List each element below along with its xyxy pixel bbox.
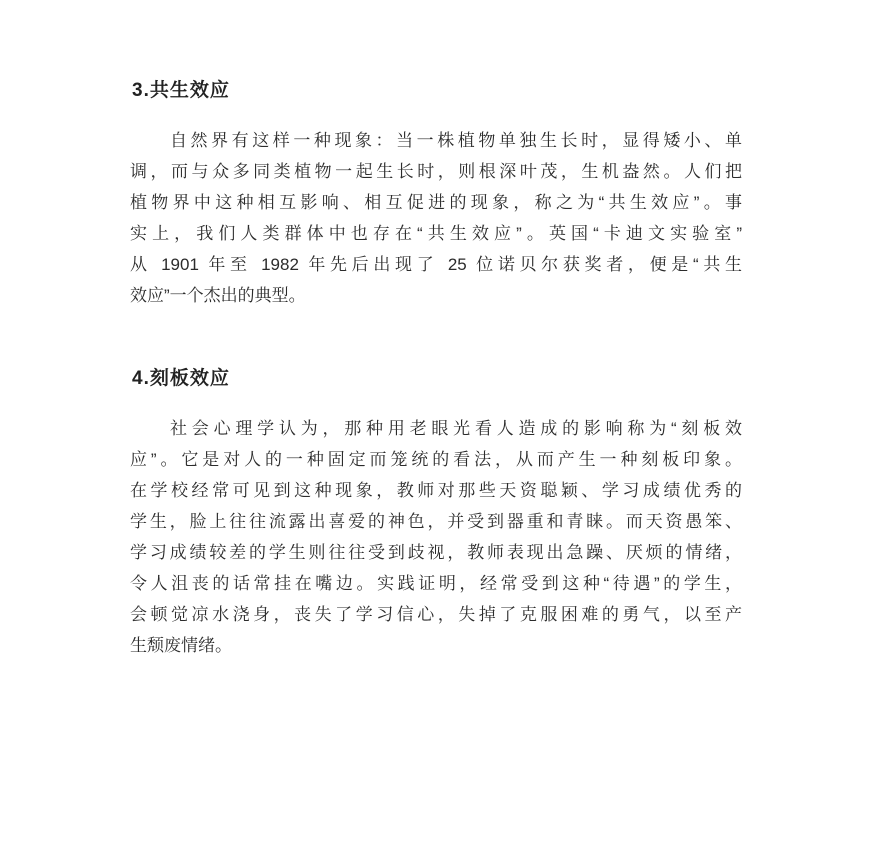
section-3-paragraph: 自然界有这样一种现象：当一株植物单独生长时，显得矮小、单 调，而与众多同类植物一…	[130, 125, 742, 311]
paragraph-line: 应”。它是对人的一种固定而笼统的看法，从而产生一种刻板印象。	[130, 444, 742, 475]
section-heading-3: 3.共生效应	[132, 81, 742, 101]
paragraph-line: 植物界中这种相互影响、相互促进的现象，称之为“共生效应”。事	[130, 187, 742, 218]
paragraph-line: 生颓废情绪。	[130, 630, 742, 661]
paragraph-line: 令人沮丧的话常挂在嘴边。实践证明，经常受到这种“待遇”的学生，	[130, 568, 742, 599]
paragraph-line: 实上，我们人类群体中也存在“共生效应”。英国“卡迪文实验室”	[130, 218, 742, 249]
paragraph-line: 社会心理学认为，那种用老眼光看人造成的影响称为“刻板效	[130, 413, 742, 444]
document-page: 3.共生效应 自然界有这样一种现象：当一株植物单独生长时，显得矮小、单 调，而与…	[0, 0, 870, 842]
paragraph-line: 从 1901 年至 1982 年先后出现了 25 位诺贝尔获奖者，便是“共生	[130, 249, 742, 280]
paragraph-line: 自然界有这样一种现象：当一株植物单独生长时，显得矮小、单	[130, 125, 742, 156]
paragraph-line: 在学校经常可见到这种现象，教师对那些天资聪颖、学习成绩优秀的	[130, 475, 742, 506]
paragraph-line: 学生，脸上往往流露出喜爱的神色，并受到器重和青睐。而天资愚笨、	[130, 506, 742, 537]
paragraph-line: 会顿觉凉水浇身，丧失了学习信心，失掉了克服困难的勇气，以至产	[130, 599, 742, 630]
paragraph-line: 学习成绩较差的学生则往往受到歧视，教师表现出急躁、厌烦的情绪，	[130, 537, 742, 568]
document-content: 3.共生效应 自然界有这样一种现象：当一株植物单独生长时，显得矮小、单 调，而与…	[130, 81, 742, 719]
paragraph-line: 效应”一个杰出的典型。	[130, 280, 742, 311]
paragraph-line: 调，而与众多同类植物一起生长时，则根深叶茂，生机盎然。人们把	[130, 156, 742, 187]
section-heading-4: 4.刻板效应	[132, 369, 742, 389]
section-4-paragraph: 社会心理学认为，那种用老眼光看人造成的影响称为“刻板效 应”。它是对人的一种固定…	[130, 413, 742, 661]
